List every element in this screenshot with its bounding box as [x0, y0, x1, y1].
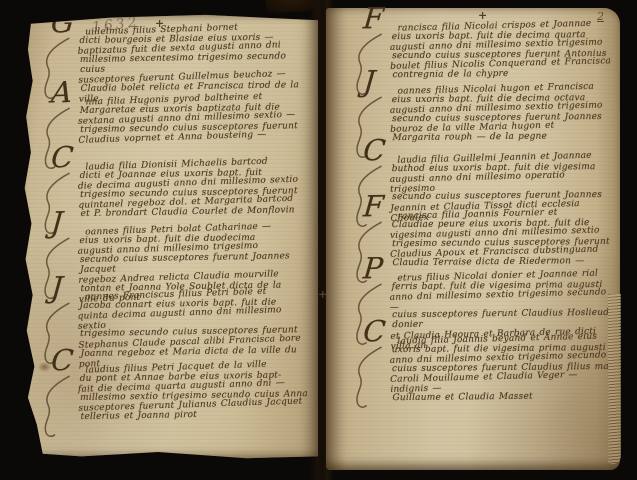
- initial-flourish-icon: [352, 345, 391, 412]
- entry-initial: A: [51, 88, 73, 98]
- entry-initial: J: [363, 77, 376, 87]
- right-page: + 2 Francisca filia Nicolai crispos et J…: [326, 8, 620, 470]
- register-entry: Claudia filia Dionisii Michaelis bartcod…: [77, 157, 312, 220]
- entry-line: Claudia Terraise dicta de Riedermon —: [392, 257, 616, 269]
- entry-line: et P. brondart Claudia Courlet de Monflo…: [81, 206, 315, 220]
- entry-initial: G: [51, 18, 75, 28]
- register-entry: Claudius filius Petri Jacquet de la vill…: [77, 360, 312, 423]
- entry-line: tellerius et Joanna pirot: [81, 409, 315, 423]
- register-entry: Joannes filius Nicolai hugon et Francisc…: [390, 83, 615, 144]
- entry-initial: F: [363, 14, 384, 24]
- entry-initial: J: [51, 283, 64, 293]
- left-page-entries: Guillelmus filius Stephani bornetdicti b…: [22, 14, 318, 460]
- manuscript-scan: 1632 + Guillelmus filius Stephani bornet…: [0, 0, 637, 480]
- left-page: 1632 + Guillelmus filius Stephani bornet…: [22, 14, 318, 460]
- entry-initial: P: [363, 264, 384, 274]
- right-page-entries: Francisca filia Nicolai crispos et Joann…: [326, 8, 620, 470]
- entry-initial: C: [363, 327, 386, 337]
- page-stack-edge: [608, 294, 621, 464]
- entry-initial: F: [363, 202, 384, 212]
- register-entry: Francisca filia Nicolai crispos et Joann…: [390, 20, 615, 81]
- entry-line: Margarita rouph — de la pegne: [392, 132, 616, 144]
- entry-initial: C: [51, 356, 74, 366]
- entry-line: contregnia de la chypre: [392, 69, 616, 81]
- register-entry: Claudia filia Joannis beyand et Annae ei…: [389, 333, 614, 404]
- register-entry: Francisca filia Joannis Fournier etClaud…: [390, 208, 615, 269]
- entry-line: Guillaume et Claudia Masset: [392, 391, 616, 403]
- entry-initial: C: [51, 153, 74, 163]
- register-entry: Anna filia Hugonis pyrod baltheine etMar…: [77, 92, 312, 146]
- initial-flourish-icon: [40, 374, 80, 441]
- cross-icon: +: [318, 288, 327, 301]
- register-entry: Joannes Franciscus filius Petri bole etJ…: [77, 287, 313, 369]
- entry-initial: J: [51, 218, 64, 228]
- entry-initial: C: [363, 146, 386, 156]
